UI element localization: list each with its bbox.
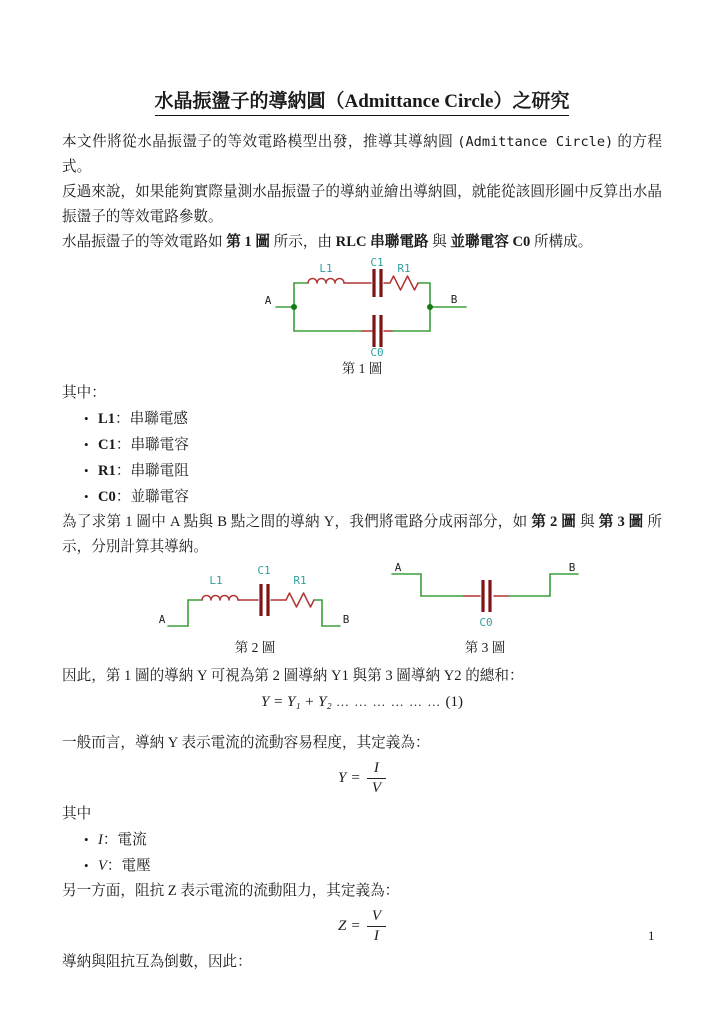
fraction: VI: [367, 907, 386, 946]
list-item: R1：串聯電阻: [62, 458, 662, 484]
capacitor-symbol-c1: [374, 269, 390, 297]
paragraph-admittance-def: 一般而言，導納 Y 表示電流的流動容易程度，其定義為：: [62, 731, 662, 756]
figure-1: A B L1 C1 R1 C0 第 1 圖: [232, 257, 492, 377]
circuit-diagram-1: A B L1 C1 R1 C0: [232, 257, 492, 357]
paragraph-split: 為了求第 1 圖中 A 點與 B 點之間的導納 Y，我們將電路分成兩部分，如 第…: [62, 510, 662, 560]
list-item: L1：串聯電感: [62, 406, 662, 432]
component-label-r1: R1: [293, 574, 306, 587]
component-label-r1: R1: [397, 262, 410, 275]
component-label-c0: C0: [370, 346, 383, 357]
symbol-list: I：電流 V：電壓: [62, 827, 662, 879]
terminal-label-b: B: [451, 293, 458, 306]
wires: [276, 283, 466, 331]
terminal-label-a: A: [265, 294, 272, 307]
inductor-symbol: [202, 596, 258, 601]
figure-2: A B L1 C1 R1 第 2 圖: [150, 562, 360, 656]
wires: [392, 574, 578, 596]
resistor-symbol: [390, 276, 418, 290]
component-label-c1: C1: [257, 564, 270, 577]
circuit-diagram-3: A B C0: [390, 562, 580, 634]
component-label-l1: L1: [319, 262, 332, 275]
list-item: V：電壓: [62, 853, 662, 879]
list-intro-2: 其中: [62, 802, 662, 827]
paragraph-reverse: 反過來說，如果能夠實際量測水晶振盪子的導納並繪出導納圓，就能從該圓形圖中反算出水…: [62, 180, 662, 230]
wires: [168, 600, 340, 626]
page-title-text: 水晶振盪子的導納圓（Admittance Circle）之研究: [155, 86, 570, 116]
list-item: C1：串聯電容: [62, 432, 662, 458]
capacitor-symbol-c0: [464, 580, 508, 612]
latin-term: (Admittance Circle): [457, 134, 613, 150]
circuit-diagram-2: A B L1 C1 R1: [150, 562, 360, 634]
equation-admittance: Y=IV: [62, 759, 662, 798]
capacitor-symbol-c0: [362, 315, 392, 347]
equation-impedance: Z=VI: [62, 907, 662, 946]
paragraph-reciprocal: 導納與阻抗互為倒數，因此：: [62, 950, 662, 975]
terminal-label-a: A: [395, 562, 402, 574]
junction-dot: [291, 304, 297, 310]
figure-3: A B C0 第 3 圖: [390, 562, 580, 656]
paragraph-intro: 本文件將從水晶振盪子的等效電路模型出發，推導其導納圓 (Admittance C…: [62, 130, 662, 180]
junction-dot: [427, 304, 433, 310]
document-page: 水晶振盪子的導納圓（Admittance Circle）之研究 本文件將從水晶振…: [0, 0, 724, 1024]
list-item: C0：並聯電容: [62, 484, 662, 510]
component-label-l1: L1: [209, 574, 222, 587]
page-number: 1: [648, 928, 655, 944]
equation-1: Y = Y₁ + Y₂ … … … … … … (1): [62, 690, 662, 714]
paragraph-impedance-def: 另一方面，阻抗 Z 表示電流的流動阻力，其定義為：: [62, 879, 662, 904]
list-item: I：電流: [62, 827, 662, 853]
component-label-c0: C0: [479, 616, 492, 629]
figure-3-caption: 第 3 圖: [390, 639, 580, 656]
figures-row: A B L1 C1 R1 第 2 圖: [62, 562, 662, 656]
fraction: IV: [367, 759, 386, 798]
terminal-label-b: B: [569, 562, 576, 574]
terminal-label-a: A: [159, 613, 166, 626]
paragraph-circuit-intro: 水晶振盪子的等效電路如 第 1 圖 所示，由 RLC 串聯電路 與 並聯電容 C…: [62, 230, 662, 255]
component-list: L1：串聯電感 C1：串聯電容 R1：串聯電阻 C0：並聯電容: [62, 406, 662, 510]
paragraph-sum: 因此，第 1 圖的導納 Y 可視為第 2 圖導納 Y1 與第 3 圖導納 Y2 …: [62, 664, 662, 689]
resistor-symbol: [286, 593, 314, 607]
capacitor-symbol-c1: [261, 584, 286, 616]
list-intro: 其中：: [62, 381, 662, 406]
terminal-label-b: B: [343, 613, 350, 626]
page-title: 水晶振盪子的導納圓（Admittance Circle）之研究: [62, 86, 662, 116]
figure-1-caption: 第 1 圖: [232, 360, 492, 377]
figure-2-caption: 第 2 圖: [150, 639, 360, 656]
inductor-symbol: [308, 279, 371, 284]
component-label-c1: C1: [370, 257, 383, 269]
